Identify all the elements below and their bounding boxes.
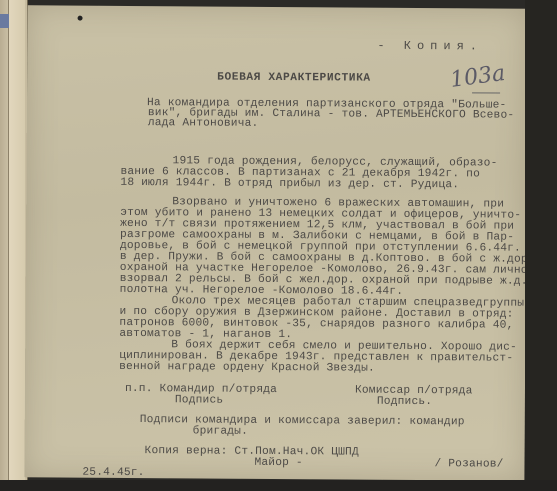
certification-line: Подписи командира и комиссара заверил: к… [140, 414, 465, 429]
bio-block: 1915 года рождения, белорусс, служащий, … [28, 5, 528, 8]
hole-punch-mark [78, 16, 83, 21]
signatures: п.п. Командир п/отряда Подпись Комиссар … [28, 5, 528, 8]
verifier-rank: Майор - [254, 457, 302, 470]
bio-line: 18 июля 1944г. В отряд прибыл из дер. ст… [120, 177, 459, 192]
index-tab [0, 14, 9, 28]
commander-signature: Подпись [175, 394, 223, 407]
document-page: - Копия. 103а БОЕВАЯ ХАРАКТЕРИСТИКА На к… [24, 5, 527, 480]
binder-fold [8, 0, 25, 491]
subject-line: лада Антоновича. [148, 117, 259, 131]
certification-block: Подписи командира и комиссара заверил: к… [28, 5, 528, 8]
commissar-signature: Подпись. [377, 396, 432, 409]
copy-verified: Копия верна: Ст.Пом.Нач.ОК ЦШПД [144, 445, 358, 459]
archive-number: 103а [449, 61, 507, 93]
deeds-block: Взорвано и уничтожено 6 вражеских автома… [28, 5, 528, 8]
scan-background-right [525, 0, 557, 491]
archive-number-underline [472, 92, 500, 93]
scan-background-bottom [0, 480, 557, 491]
award-block: В боях держит себя смело и решительно. Х… [28, 5, 528, 8]
document-date: 25.4.45г. [82, 467, 144, 480]
copy-label: - Копия. [377, 40, 483, 54]
document-title: БОЕВАЯ ХАРАКТЕРИСТИКА [217, 72, 371, 86]
award-line: венной награде ордену Красной Звезды. [119, 361, 375, 376]
verifier-signature: / Розанов/ [434, 458, 503, 471]
subject-block: На командира отделения партизанского отр… [28, 5, 528, 8]
certification-line: бригады. [193, 425, 248, 438]
weapons-block: Около трех месяцев работал старшим спецр… [28, 5, 528, 8]
